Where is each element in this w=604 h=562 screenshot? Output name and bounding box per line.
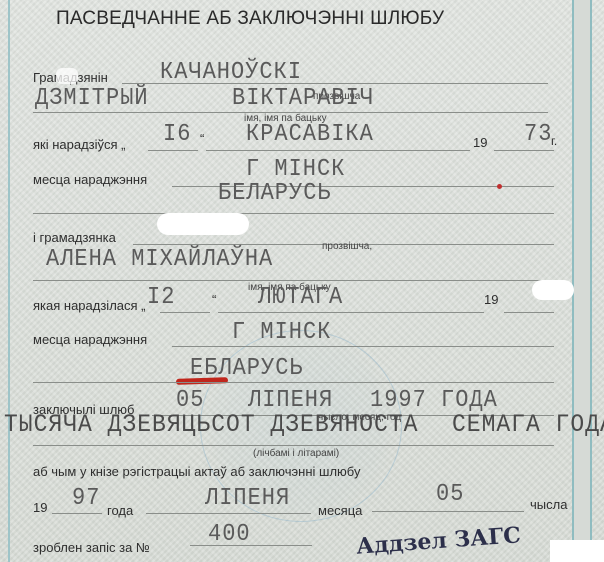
wife-birth-month: ЛЮТАГА	[258, 283, 343, 311]
right-border	[572, 0, 574, 562]
registry-year-prefix: 19	[33, 500, 47, 515]
year-prefix: 19	[473, 135, 487, 150]
wife-birth-day: I2	[147, 283, 175, 311]
field-line	[148, 150, 198, 151]
husband-birth-day: I6	[163, 120, 191, 148]
redaction-mark	[56, 68, 78, 84]
husband-birthplace-label: месца нараджэння	[33, 172, 147, 187]
field-line	[218, 312, 484, 313]
field-line	[372, 511, 524, 512]
side-handwriting	[594, 12, 604, 142]
field-line	[52, 513, 102, 514]
field-line	[206, 150, 470, 151]
year-suffix: г.	[551, 134, 557, 148]
field-line	[504, 312, 554, 313]
field-line	[33, 280, 554, 281]
wife-birthplace-label: месца нараджэння	[33, 332, 147, 347]
husband-birthplace-country: БЕЛАРУСЬ	[218, 179, 332, 207]
field-line	[146, 513, 311, 514]
husband-first-name: ДЗМІТРЫЙ	[35, 84, 149, 112]
wife-name: АЛЕНА МІХАЙЛАЎНА	[46, 245, 273, 273]
husband-born-label: які нарадзіўся „	[33, 137, 126, 152]
field-line	[494, 150, 554, 151]
record-label: зроблен запіс за №	[33, 540, 150, 555]
quote-mark: “	[200, 131, 204, 146]
wife-born-label: якая нарадзілася „	[33, 298, 146, 313]
registry-text: аб чым у кнізе рэгістрацыі актаў аб закл…	[33, 464, 360, 479]
marriage-date-words: ТЫСЯЧА ДЗЕВЯЦЬСОТ ДЗЕВЯНОСТА	[4, 410, 418, 439]
field-line	[33, 382, 554, 383]
husband-patronymic: ВІКТАРАВІЧ	[232, 84, 374, 112]
document-title: ПАСВЕДЧАННЕ АБ ЗАКЛЮЧЭННІ ШЛЮБУ	[56, 8, 444, 30]
year-prefix: 19	[484, 292, 498, 307]
redacted-corner	[550, 540, 604, 562]
wife-surname-hint: прозвішча,	[322, 241, 372, 252]
field-line	[172, 346, 554, 347]
husband-birth-year: 73	[524, 120, 552, 148]
field-line	[33, 213, 554, 214]
words-hint: (лічбамі і літарамі)	[253, 448, 339, 459]
registry-month-label: месяца	[318, 503, 362, 518]
left-border	[8, 0, 10, 562]
quote-mark: “	[212, 292, 216, 307]
registry-day: 05	[436, 480, 464, 508]
field-line	[160, 312, 210, 313]
right-border-outer	[590, 0, 592, 562]
registry-year: 97	[72, 484, 100, 512]
marriage-date-words-end: СЕМАГА ГОДА.	[452, 410, 604, 439]
redacted-year	[532, 280, 574, 300]
record-number: 400	[208, 520, 251, 548]
husband-birth-month: КРАСАВІКА	[246, 120, 374, 148]
side-strip	[574, 0, 590, 562]
registry-day-label: чысла	[530, 497, 567, 512]
wife-label: і грамадзянка	[33, 230, 116, 245]
red-dot-mark	[497, 184, 502, 189]
registry-month: ЛІПЕНЯ	[205, 484, 290, 512]
registry-year-label: года	[107, 503, 133, 518]
field-line	[33, 445, 554, 446]
wife-birthplace-city: Г МІНСК	[232, 318, 331, 346]
husband-surname: КАЧАНОЎСКІ	[160, 58, 302, 86]
redacted-surname	[157, 213, 249, 235]
